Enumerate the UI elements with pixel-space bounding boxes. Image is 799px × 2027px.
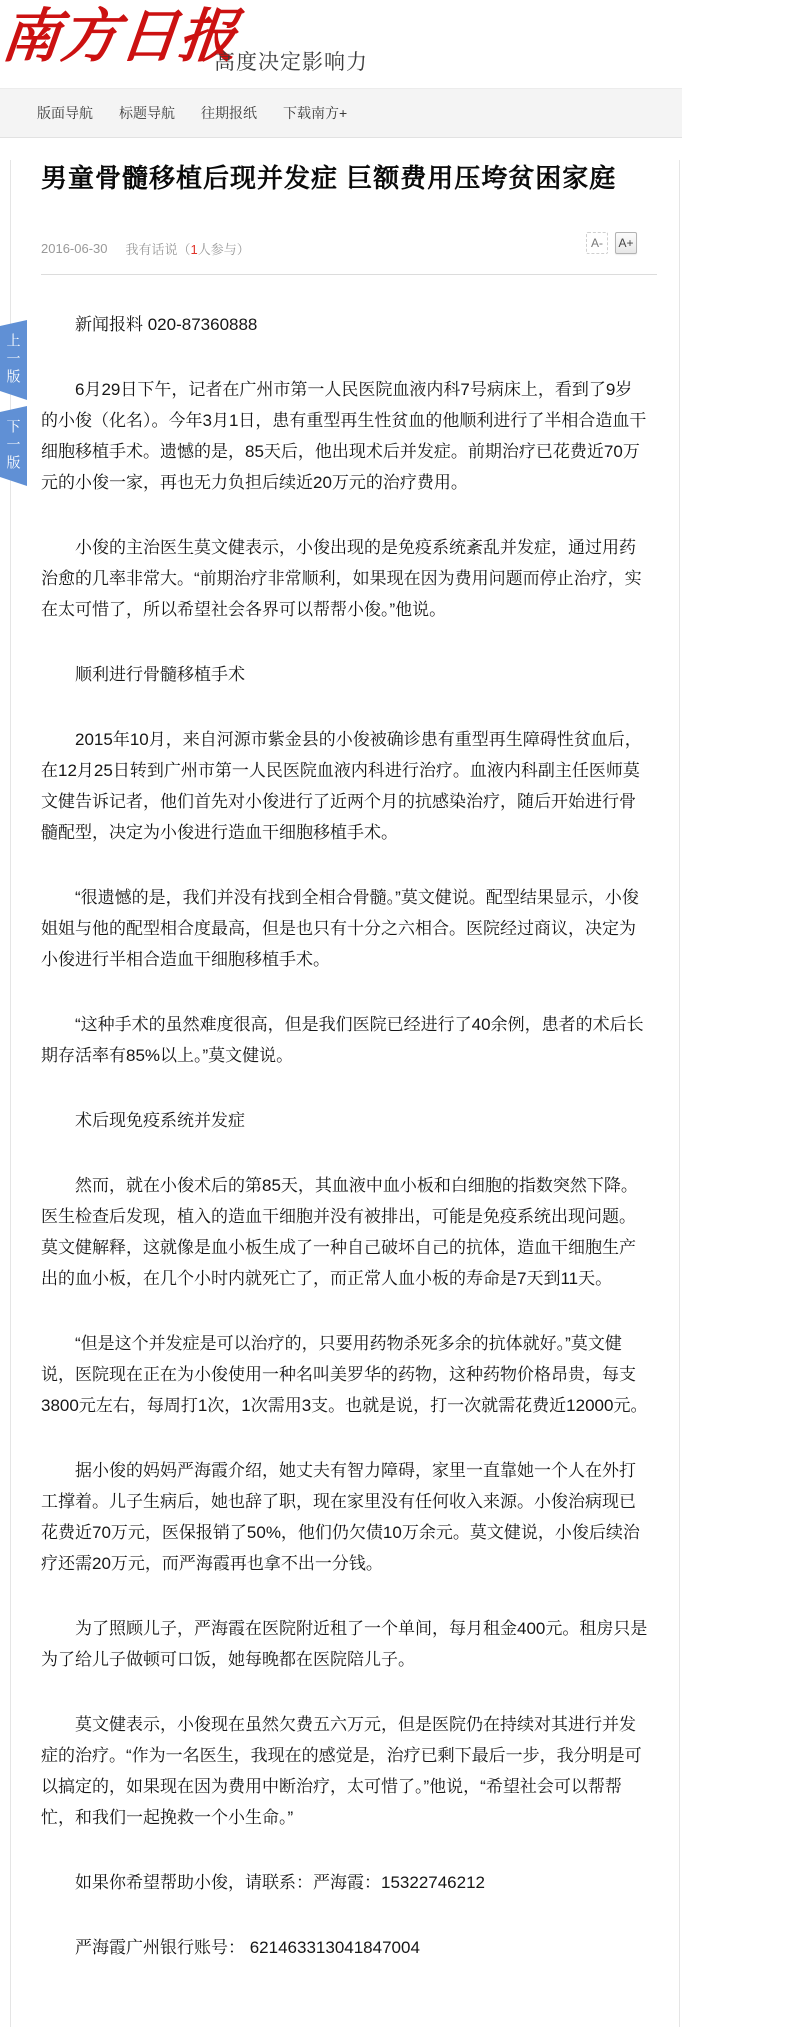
site-header: 南方日报 高度决定影响力 (0, 0, 799, 88)
article-meta: 2016-06-30 我有话说（1人参与） A- A+ (41, 236, 649, 260)
meta-divider (41, 274, 657, 275)
comment-prefix: 我有话说（ (126, 242, 191, 257)
article-paragraph: 2015年10月，来自河源市紫金县的小俊被确诊患有重型再生障碍性贫血后，在12月… (41, 724, 649, 848)
article-paragraph: 然而，就在小俊术后的第85天，其血液中血小板和白细胞的指数突然下降。医生检查后发… (41, 1170, 649, 1294)
article-card: 男童骨髓移植后现并发症 巨额费用压垮贫困家庭 2016-06-30 我有话说（1… (10, 160, 680, 2027)
article-paragraph: 新闻报料 020-87360888 (41, 309, 649, 340)
newspaper-logo[interactable]: 南方日报 (0, 0, 242, 78)
article-paragraph: 术后现免疫系统并发症 (41, 1105, 649, 1136)
article-paragraph: 6月29日下午，记者在广州市第一人民医院血液内科7号病床上，看到了9岁的小俊（化… (41, 374, 649, 498)
font-decrease-button[interactable]: A- (586, 232, 608, 254)
article-paragraph: 为了照顾儿子，严海霞在医院附近租了一个单间，每月租金400元。租房只是为了给儿子… (41, 1613, 649, 1675)
comment-link[interactable]: 我有话说（1人参与） (126, 239, 250, 258)
article-paragraph: 据小俊的妈妈严海霞介绍，她丈夫有智力障碍，家里一直靠她一个人在外打工撑着。儿子生… (41, 1455, 649, 1579)
article-paragraph: 顺利进行骨髓移植手术 (41, 659, 649, 690)
article-body: 新闻报料 020-873608886月29日下午，记者在广州市第一人民医院血液内… (11, 309, 679, 2027)
publish-date: 2016-06-30 (41, 241, 108, 256)
article-paragraph: 严海霞广州银行账号： 621463313041847004 (41, 1932, 649, 1963)
logo-tagline: 高度决定影响力 (214, 46, 368, 76)
article-paragraph: 莫文健表示，小俊现在虽然欠费五六万元，但是医院仍在持续对其进行并发症的治疗。“作… (41, 1709, 649, 1833)
article-paragraph: 小俊的主治医生莫文健表示，小俊出现的是免疫系统紊乱并发症，通过用药治愈的几率非常… (41, 532, 649, 625)
prev-page-tab[interactable]: 上一版 (0, 320, 27, 400)
nav-item[interactable]: 版面导航 (37, 103, 93, 123)
nav-item[interactable]: 下载南方+ (283, 103, 347, 123)
font-size-controls: A- A+ (586, 232, 637, 254)
font-increase-button[interactable]: A+ (615, 232, 637, 254)
comment-count: 1 (191, 242, 198, 257)
article-paragraph: “但是这个并发症是可以治疗的，只要用药物杀死多余的抗体就好。”莫文健说，医院现在… (41, 1328, 649, 1421)
nav-item[interactable]: 标题导航 (119, 103, 175, 123)
article-paragraph: “很遗憾的是，我们并没有找到全相合骨髓。”莫文健说。配型结果显示，小俊姐姐与他的… (41, 882, 649, 975)
article-paragraph: 如果你希望帮助小俊，请联系：严海霞：15322746212 (41, 1867, 649, 1898)
article-title: 男童骨髓移植后现并发症 巨额费用压垮贫困家庭 (41, 160, 649, 196)
nav-item[interactable]: 往期报纸 (201, 103, 257, 123)
next-page-tab[interactable]: 下一版 (0, 406, 27, 486)
comment-suffix: 人参与） (198, 242, 250, 257)
article-paragraph: “这种手术的虽然难度很高，但是我们医院已经进行了40余例，患者的术后长期存活率有… (41, 1009, 649, 1071)
main-navbar: 版面导航标题导航往期报纸下载南方+ (0, 88, 682, 138)
